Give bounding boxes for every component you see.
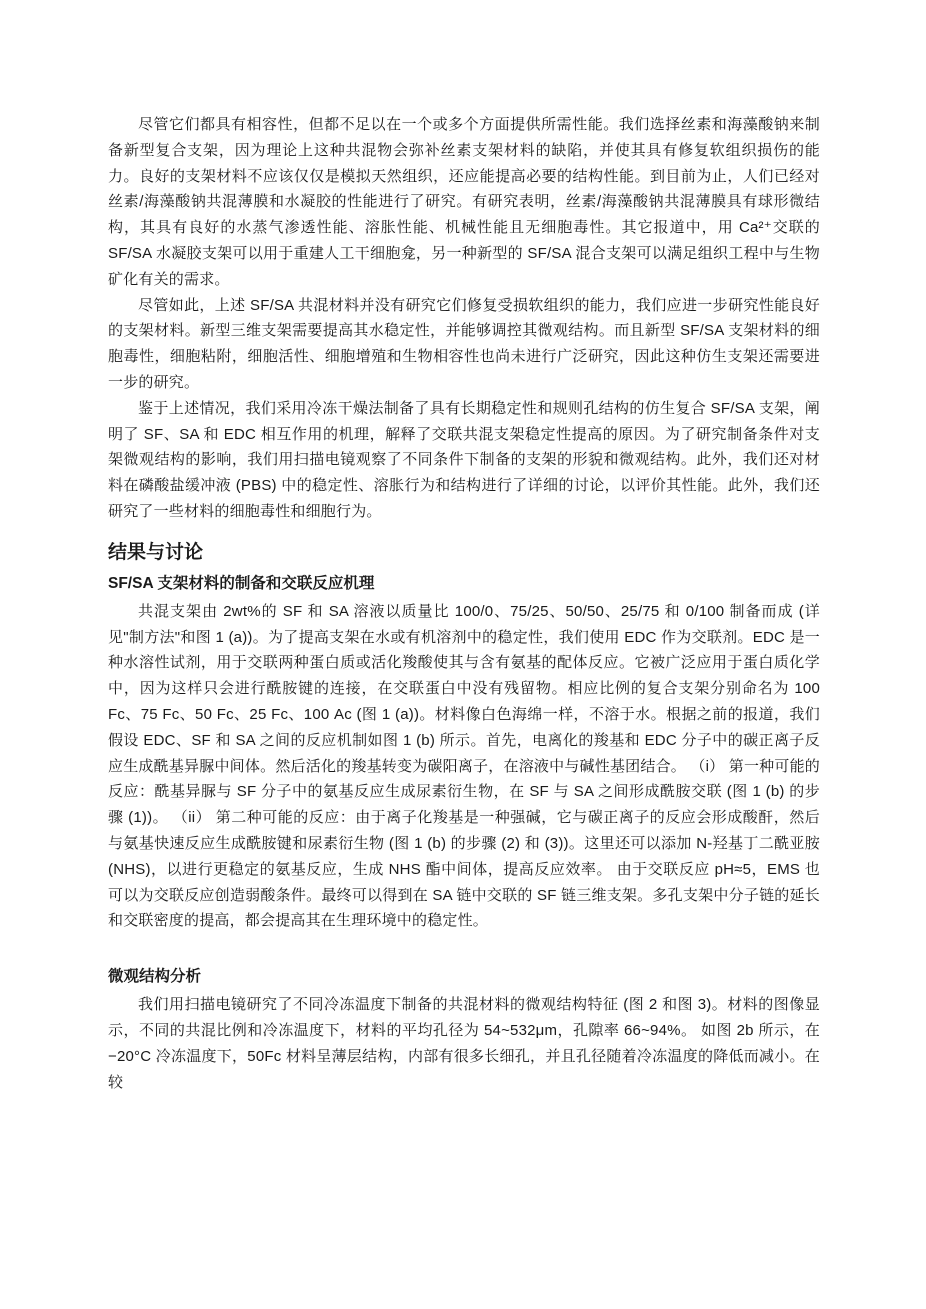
subsection-heading-microstructure-analysis: 微观结构分析 — [108, 964, 820, 989]
microstructure-analysis-paragraph: 我们用扫描电镜研究了不同冷冻温度下制备的共混材料的微观结构特征 (图 2 和图 … — [108, 992, 820, 1095]
preparation-mechanism-paragraph: 共混支架由 2wt%的 SF 和 SA 溶液以质量比 100/0、75/25、5… — [108, 599, 820, 934]
intro-paragraph-further-research: 尽管如此，上述 SF/SA 共混材料并没有研究它们修复受损软组织的能力，我们应进… — [108, 293, 820, 396]
document-page: 尽管它们都具有相容性，但都不足以在一个或多个方面提供所需性能。我们选择丝素和海藻… — [0, 0, 926, 1309]
section-heading-results-discussion: 结果与讨论 — [108, 539, 820, 566]
intro-paragraph-study-overview: 鉴于上述情况，我们采用冷冻干燥法制备了具有长期稳定性和规则孔结构的仿生复合 SF… — [108, 396, 820, 525]
subsection-heading-preparation-mechanism: SF/SA 支架材料的制备和交联反应机理 — [108, 571, 820, 596]
intro-paragraph-compatibility: 尽管它们都具有相容性，但都不足以在一个或多个方面提供所需性能。我们选择丝素和海藻… — [108, 112, 820, 293]
